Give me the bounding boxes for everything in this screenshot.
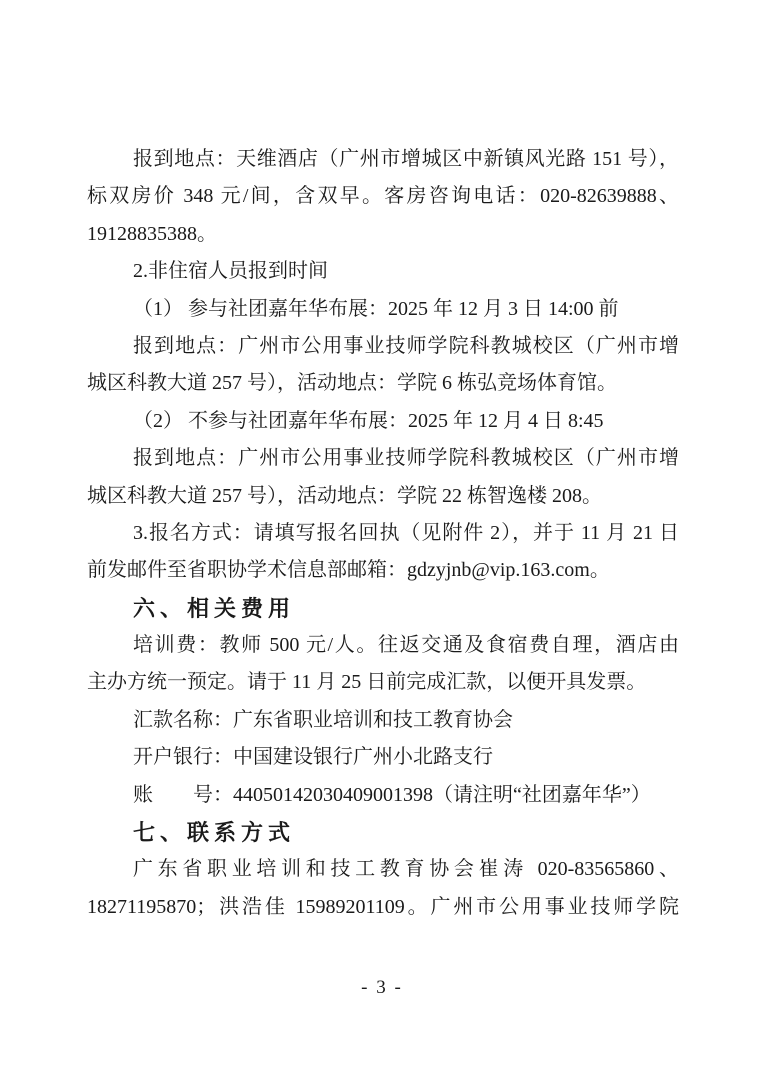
- text-line: 主办方统一预定。请于 11 月 25 日前完成汇款，以便开具发票。: [87, 664, 679, 701]
- text-line: 报到地点：广州市公用事业技师学院科教城校区（广州市增: [87, 440, 679, 477]
- text-line: 2.非住宿人员报到时间: [87, 253, 679, 290]
- text-line: （1） 参与社团嘉年华布展：2025 年 12 月 3 日 14:00 前: [87, 291, 679, 328]
- section-heading: 六、相关费用: [87, 590, 679, 627]
- document-page: 报到地点：天维酒店（广州市增城区中新镇风光路 151 号），标双房价 348 元…: [0, 0, 764, 1080]
- text-line: 培训费：教师 500 元/人。往返交通及食宿费自理，酒店由: [87, 627, 679, 664]
- text-line: 标双房价 348 元/间，含双早。客房咨询电话：020-82639888、: [87, 178, 679, 215]
- text-line: 3.报名方式：请填写报名回执（见附件 2），并于 11 月 21 日: [87, 515, 679, 552]
- text-line: 19128835388。: [87, 216, 679, 253]
- page-number: - 3 -: [0, 976, 764, 1000]
- text-line: 广东省职业培训和技工教育协会崔涛 020-83565860、: [87, 851, 679, 888]
- text-line: （2） 不参与社团嘉年华布展：2025 年 12 月 4 日 8:45: [87, 403, 679, 440]
- section-heading: 七、联系方式: [87, 814, 679, 851]
- text-line: 汇款名称：广东省职业培训和技工教育协会: [87, 702, 679, 739]
- text-line: 开户银行：中国建设银行广州小北路支行: [87, 739, 679, 776]
- text-line: 报到地点：广州市公用事业技师学院科教城校区（广州市增: [87, 328, 679, 365]
- document-body: 报到地点：天维酒店（广州市增城区中新镇风光路 151 号），标双房价 348 元…: [87, 141, 679, 926]
- text-line: 账 号：44050142030409001398（请注明“社团嘉年华”）: [87, 777, 679, 814]
- text-line: 18271195870；洪浩佳 15989201109。广州市公用事业技师学院: [87, 889, 679, 926]
- text-line: 城区科教大道 257 号），活动地点：学院 6 栋弘竞场体育馆。: [87, 365, 679, 402]
- text-line: 前发邮件至省职协学术信息部邮箱：gdzyjnb@vip.163.com。: [87, 552, 679, 589]
- text-line: 城区科教大道 257 号），活动地点：学院 22 栋智逸楼 208。: [87, 478, 679, 515]
- text-line: 报到地点：天维酒店（广州市增城区中新镇风光路 151 号），: [87, 141, 679, 178]
